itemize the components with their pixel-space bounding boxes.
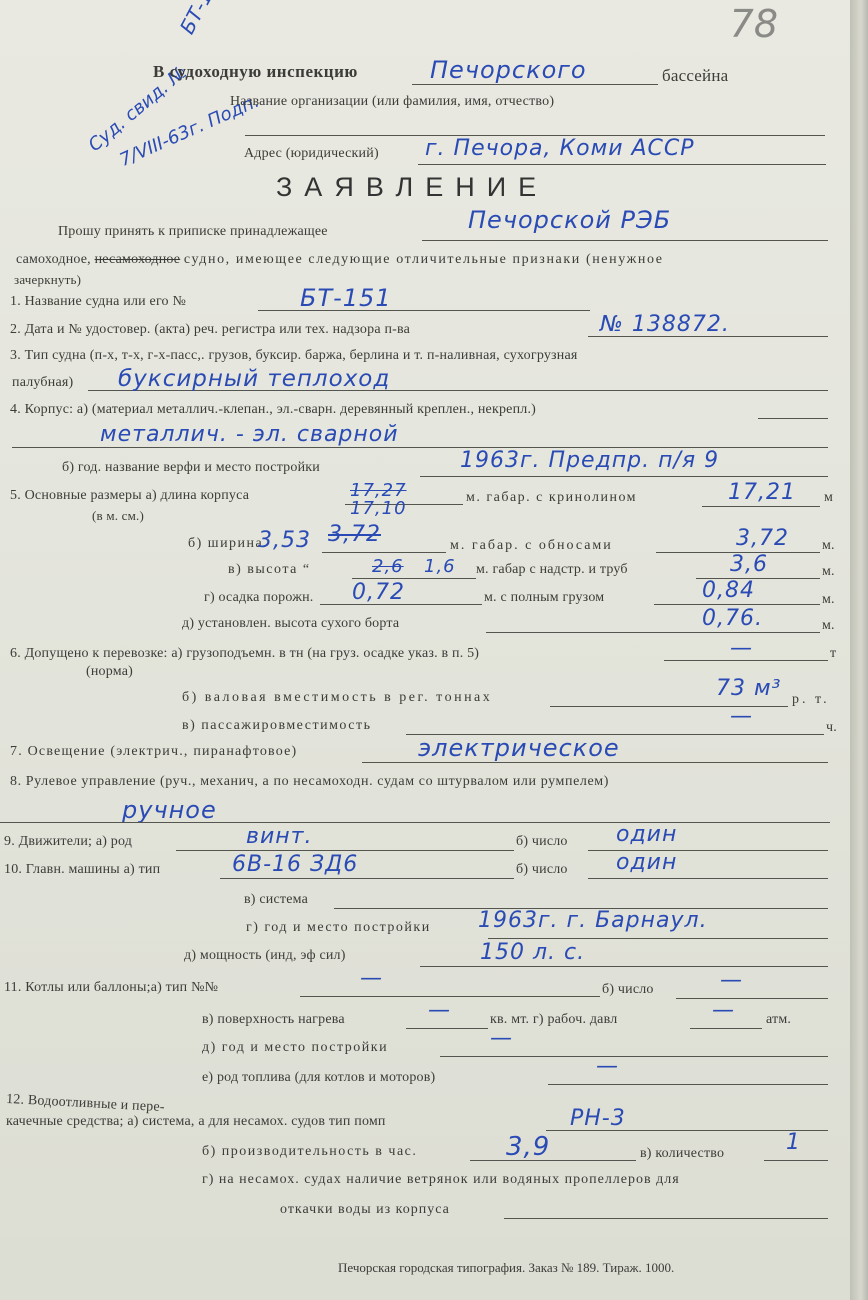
item6-label: 6. Допущено к перевозке: а) грузоподъемн… (10, 646, 479, 662)
page-edge (850, 0, 868, 1300)
owner-field (422, 240, 828, 241)
engine-built-label: г) год и место постройки (246, 920, 431, 936)
passengers-label: в) пассажировместимость (182, 718, 372, 734)
norm-label: (норма) (86, 664, 133, 680)
freeboard-field (486, 632, 820, 633)
engine-system-label: в) система (244, 892, 308, 908)
g-label2: откачки воды из корпуса (280, 1202, 450, 1218)
address-field (418, 164, 826, 165)
non-self-propelled-option-struck: несамоходное (95, 252, 181, 267)
engine-built-field (488, 938, 828, 939)
self-propelled-label: самоходное, несамоходное судно, имеющее … (16, 252, 664, 268)
propulsor-field (176, 850, 514, 851)
pressure-unit: атм. (766, 1012, 791, 1028)
boiler-built-value: — (490, 1026, 513, 1051)
crinoline-label: м. габар. с кринолином (466, 490, 637, 506)
engine-count-field (588, 878, 828, 879)
qty-value: 1 (786, 1130, 801, 1155)
boiler-count-label: б) число (602, 982, 654, 998)
engine-power-value: 150 л. с. (480, 940, 585, 965)
pressure-value: — (712, 998, 735, 1023)
item4-label: 4. Корпус: а) (материал металлич.-клепан… (10, 402, 536, 418)
width-field (322, 552, 446, 553)
propulsor-count-label: б) число (516, 834, 568, 850)
overall-height-label: м. габар с надстр. и труб (476, 562, 628, 578)
height-field (352, 578, 476, 579)
boiler-count-value: — (720, 968, 743, 993)
boiler-built-field (440, 1056, 828, 1057)
inspection-suffix: бассейна (662, 66, 728, 86)
engine-count-label: б) число (516, 862, 568, 878)
archive-page-number: 78 (730, 2, 778, 46)
item2-label: 2. Дата и № удостовер. (акта) реч. регис… (10, 322, 410, 338)
fuel-value: — (596, 1054, 619, 1079)
item3-label: 3. Тип судна (п-х, т-х, г-х-пасс,. грузо… (10, 348, 578, 364)
tonnage-label: б) валовая вместимость в рег. тоннах (182, 690, 492, 706)
freeboard-label: д) установлен. высота сухого борта (182, 616, 399, 632)
qty-label: в) количество (640, 1146, 724, 1162)
steering-value: ручное (122, 796, 217, 824)
item10-label: 10. Главн. машины а) тип (4, 862, 160, 878)
pump-type-value: РН-3 (570, 1106, 626, 1131)
org-label: Название организации (или фамилия, имя, … (230, 94, 554, 110)
item12-label2: качечные средства; а) система, а для нес… (6, 1114, 386, 1130)
engine-type-field (220, 878, 514, 879)
draft-label: г) осадка порожн. (204, 590, 314, 606)
item4b-field (420, 476, 828, 477)
document-title: ЗАЯВЛЕНИЕ (276, 172, 548, 203)
steering-field (0, 822, 830, 823)
engine-built-value: 1963г. г. Барнаул. (478, 908, 708, 933)
width-value: 3,53 (258, 528, 311, 553)
inspection-field (412, 84, 658, 85)
request-label: Прошу принять к приписке принадлежащее (58, 224, 328, 240)
crinoline-value: 17,21 (728, 480, 796, 505)
passengers-unit: ч. (826, 720, 837, 736)
registry-number-note: БТ-148 (175, 0, 230, 38)
lighting-field (362, 762, 828, 763)
capacity-value: — (730, 636, 753, 661)
perf-field (470, 1160, 636, 1161)
unit-m-height: м. (822, 564, 835, 580)
item11-label: 11. Котлы или баллоны;а) тип №№ (4, 980, 218, 996)
height-value: 1,6 (424, 556, 456, 577)
shipyard-value: 1963г. Предпр. п/я 9 (460, 448, 719, 473)
boiler-count-field (676, 998, 828, 999)
unit-m-draft: м. (822, 592, 835, 608)
item9-label: 9. Движители; а) род (4, 834, 132, 850)
length-value: 17,10 (350, 498, 407, 519)
engine-type-value: 6В-16 ЗД6 (232, 852, 358, 877)
overall-width-value: 3,72 (736, 526, 789, 551)
height-struck-value: 2,6 (372, 556, 404, 577)
item1-label: 1. Название судна или его № (10, 294, 186, 310)
strike-instruction: зачеркнуть) (14, 272, 81, 288)
draft-full-field (654, 604, 820, 605)
width-label: б) ширина (188, 536, 263, 552)
passengers-value: — (730, 704, 753, 729)
fuel-label: е) род топлива (для котлов и моторов) (202, 1070, 435, 1086)
self-propelled-option: самоходное, (16, 252, 91, 267)
heating-surface-field (406, 1028, 488, 1029)
vessel-type-value: буксирный теплоход (118, 366, 390, 392)
perf-label: б) производительность в час. (202, 1144, 417, 1160)
features-text: судно, имеющее следующие отличительные п… (184, 252, 664, 267)
boiler-type-value: — (360, 966, 383, 991)
pressure-field (690, 1028, 762, 1029)
tonnage-unit: р. т. (792, 692, 830, 708)
lighting-value: электрическое (418, 734, 620, 762)
bilge-field (504, 1218, 828, 1219)
propulsor-value: винт. (246, 824, 312, 849)
item8-label: 8. Рулевое управление (руч., механич, а … (10, 774, 609, 790)
crinoline-field (702, 506, 820, 507)
printer-footer: Печорская городская типография. Заказ № … (338, 1260, 674, 1276)
unit-m-width: м. (822, 538, 835, 554)
unit-note: (в м. см.) (92, 508, 144, 524)
item3-label2: палубная) (12, 375, 73, 391)
overall-height-value: 3,6 (730, 552, 768, 577)
boiler-built-label: д) год и место постройки (202, 1040, 388, 1056)
address-label: Адрес (юридический) (244, 146, 379, 162)
vessel-name-value: БТ-151 (300, 284, 392, 312)
qty-field (764, 1160, 828, 1161)
owner-value: Печорской РЭБ (468, 206, 671, 234)
hull-material-value: металлич. - эл. сварной (100, 422, 399, 447)
item4b-label: б) год. название верфи и место постройки (62, 460, 320, 476)
overall-width-label: м. габар. с обносами (450, 538, 613, 554)
draft-full-label: м. с полным грузом (484, 590, 604, 606)
inspection-value: Печорского (430, 56, 587, 84)
unit-m-freeboard: м. (822, 618, 835, 634)
height-label: в) высота “ (228, 562, 311, 578)
heating-surface-label: в) поверхность нагрева (202, 1012, 345, 1028)
width-struck-value: 3,72 (328, 522, 381, 547)
boiler-type-field (300, 996, 600, 997)
item4-field-a (758, 418, 828, 419)
item12-label1: 12. Водоотливные и пере- (6, 1092, 165, 1116)
address-value: г. Печора, Коми АССР (425, 136, 695, 161)
engine-power-label: д) мощность (инд, эф сил) (184, 948, 346, 964)
tonnage-value: 73 м³ (716, 676, 781, 701)
engine-power-field (420, 966, 828, 967)
application-form-page: 78 БТ-148 Суд. свид. № 7/VIII-63г. Подп.… (0, 0, 850, 1300)
draft-full-value: 0,84 (702, 578, 755, 603)
g-label: г) на несамох. судах наличие ветрянок ил… (202, 1172, 680, 1188)
unit-m: м (824, 490, 833, 506)
perf-value: 3,9 (506, 1132, 550, 1162)
draft-empty-value: 0,72 (352, 580, 405, 605)
register-cert-value: № 138872. (600, 312, 730, 337)
propulsor-count-value: один (616, 822, 677, 847)
engine-count-value: один (616, 850, 677, 875)
item7-label: 7. Освещение (электрич., пиранафтовое) (10, 744, 297, 760)
fuel-field (548, 1084, 828, 1085)
freeboard-value: 0,76. (702, 606, 763, 631)
heating-surface-value: — (428, 998, 451, 1023)
capacity-unit: т (830, 646, 836, 662)
inspection-label: В судоходную инспекцию (153, 62, 358, 82)
item5-label: 5. Основные размеры а) длина корпуса (10, 488, 249, 504)
